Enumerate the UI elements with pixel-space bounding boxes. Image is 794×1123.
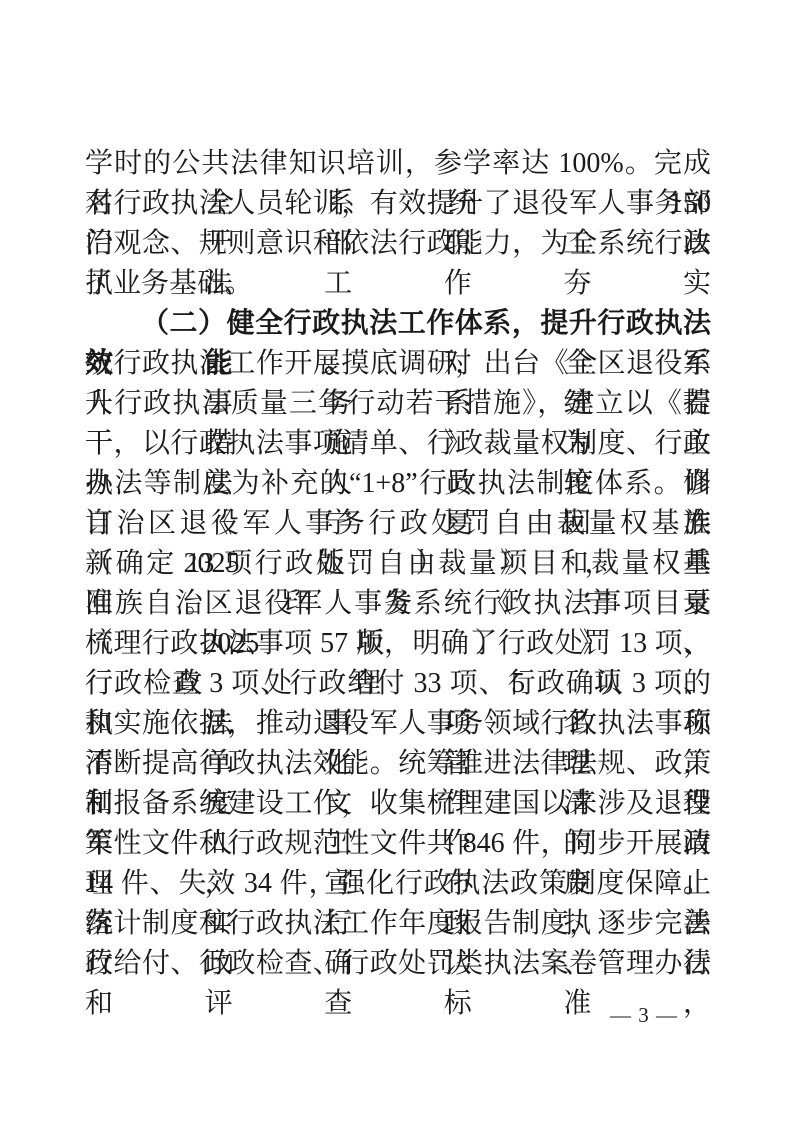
text-line: 新确定 13 项行政处罚自由裁量项目和裁量权基准。印发《宁夏 (85, 544, 711, 584)
text-line: 14 件、失效 34 件，强化行政执法政策制度保障。落实行政执法 (85, 864, 711, 904)
text-line: 自治区退役军人事务行政处罚自由裁量权基准（2025 版）》，重 (85, 504, 711, 544)
document-page: 学时的公共法律知识培训，参学率达 100%。完成对全系统 150 名行政执法人员… (0, 0, 794, 1123)
text-line: 回族自治区退役军人事务系统行政执法事项目录（2025 版）》， (85, 584, 711, 624)
text-line: 行政检查 3 项、行政给付 33 项、行政确认 3 项的执法事项名称 (85, 664, 711, 704)
document-body: 学时的公共法律知识培训，参学率达 100%。完成对全系统 150 名行政执法人员… (85, 144, 711, 984)
text-line: 学时的公共法律知识培训，参学率达 100%。完成对全系统 150 (85, 144, 711, 184)
text-line: 政给付、行政检查、行政处罚类执法案卷管理办法和评查标准， (85, 944, 711, 984)
text-line: 名行政执法人员轮训，有效提升了退役军人事务部门干部职工法 (85, 184, 711, 224)
text-line: 和实施依据，推动退役军人事务领域行政执法事项清单化管理， (85, 704, 711, 744)
text-line: 办法等制度为补充的“1+8”行政执法制度体系。修订《宁夏回族 (85, 464, 711, 504)
text-line: 不断提高行政执法效能。统筹推进法律法规、政策制度文件清理 (85, 744, 711, 784)
text-line: 统计制度和行政执法工作年度报告制度，逐步完善行政确认、行 (85, 904, 711, 944)
text-line: 升行政执法质量三年行动若干措施》，建立以《若干措施》为主 (85, 384, 711, 424)
text-line: 策性文件和行政规范性文件共 846 件，同步开展清理，宣布废止 (85, 824, 711, 864)
text-line: 治观念、规则意识和依法行政能力，为全系统行政执法工作夯实 (85, 224, 711, 264)
page-number: — 3 — (610, 1000, 710, 1030)
text-line: 梳理行政执法事项 57 项，明确了行政处罚 13 项、行政处理 5 项、 (85, 624, 711, 664)
section-heading-line: （二）健全行政执法工作体系，提升行政执法效能。对全系 (85, 304, 711, 344)
text-line: 干，以行政执法事项清单、行政裁量权制度、行政执法人员轮训 (85, 424, 711, 464)
text-line: 和报备系统建设工作，收集梳理建国以来涉及退役军人工作的政 (85, 784, 711, 824)
text-line: 统行政执法工作开展摸底调研，出台《全区退役军人事务系统提 (85, 344, 711, 384)
